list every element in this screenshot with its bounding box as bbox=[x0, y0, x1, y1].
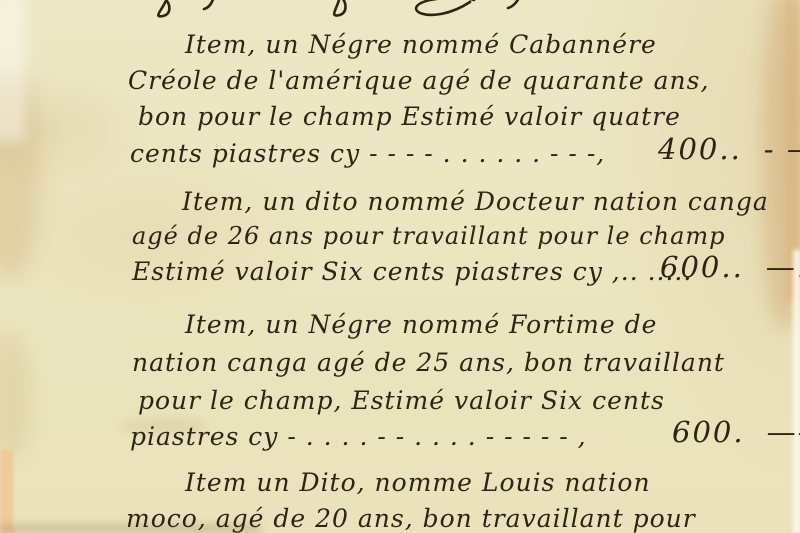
stain-left-upper bbox=[0, 70, 40, 280]
amount-dash: —. bbox=[766, 250, 800, 284]
entry-line: pour le champ, Estimé valoir Six cents bbox=[138, 386, 665, 415]
entry-line: Item un Dito, nomme Louis nation bbox=[185, 468, 651, 497]
amount-value: 600.. —. bbox=[660, 250, 800, 284]
entry-line: Créole de l'amérique agé de quarante ans… bbox=[128, 66, 709, 95]
amount-value: 600. —— bbox=[672, 415, 800, 449]
amount-value: 400.. - — bbox=[658, 132, 800, 166]
amount-number: 600. bbox=[672, 415, 745, 449]
entry-line: moco, agé de 20 ans, bon travaillant pou… bbox=[126, 504, 696, 533]
amount-dash: - — bbox=[764, 132, 800, 166]
entry-line: cents piastres cy - - - - . . . . . . - … bbox=[130, 139, 605, 168]
paper-edge-right-light bbox=[793, 250, 800, 533]
entry-line: bon pour le champ Estimé valoir quatre bbox=[138, 102, 681, 131]
stain-left-lower bbox=[0, 330, 32, 460]
entry-line: Item, un Négre nommé Cabannére bbox=[185, 30, 657, 59]
entry-line: Estimé valoir Six cents piastres cy ,.. … bbox=[132, 257, 692, 286]
entry-line: nation canga agé de 25 ans, bon travaill… bbox=[132, 348, 725, 377]
entry-line: agé de 26 ans pour travaillant pour le c… bbox=[132, 222, 726, 250]
entry-line: Item, un dito nommé Docteur nation canga bbox=[182, 187, 769, 216]
manuscript-page: Item, un Négre nommé Cabannére Créole de… bbox=[0, 0, 800, 533]
amount-dash: —— bbox=[767, 415, 800, 449]
entry-line: Item, un Négre nommé Fortime de bbox=[185, 310, 657, 339]
cut-off-text-fragment bbox=[0, 0, 800, 22]
paper-edge-bottom-left bbox=[0, 450, 13, 533]
amount-number: 600.. bbox=[660, 250, 744, 284]
amount-number: 400.. bbox=[658, 132, 742, 166]
entry-line: piastres cy - . . . . - - . . . . - - - … bbox=[130, 422, 587, 451]
